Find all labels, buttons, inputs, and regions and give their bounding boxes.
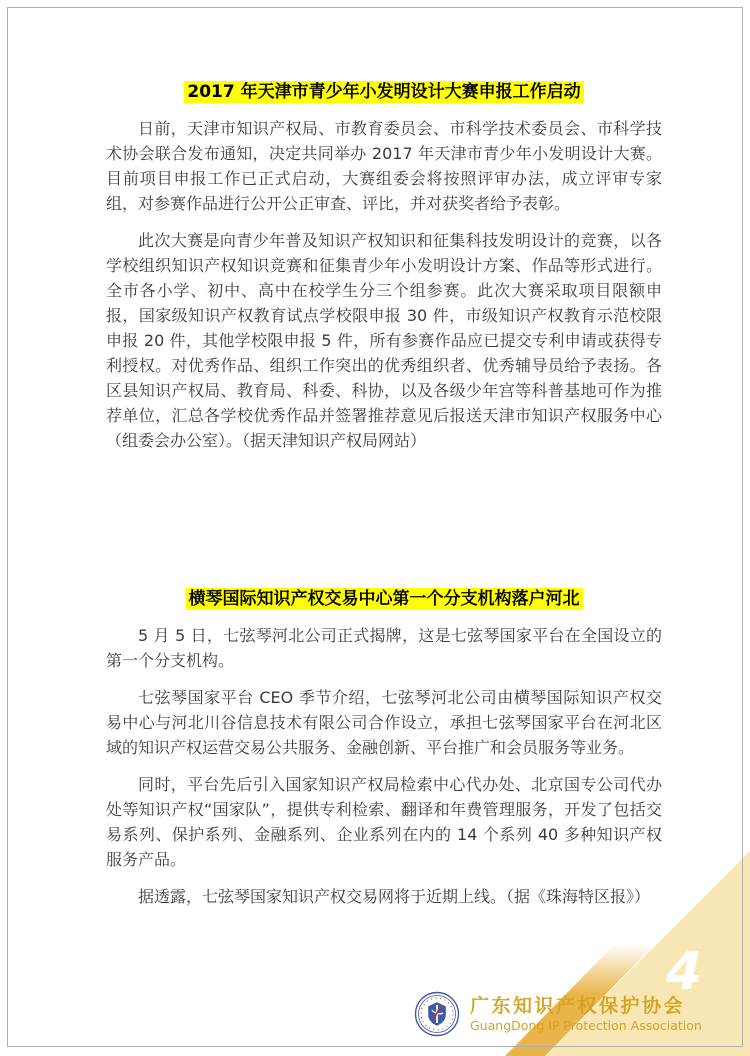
org-name-en: GuangDong IP Protection Association [470, 1018, 702, 1033]
article-title-highlight: 2017 年天津市青少年小发明设计大赛申报工作启动 [184, 81, 583, 103]
article-title: 横琴国际知识产权交易中心第一个分支机构落户河北 [106, 589, 662, 609]
article-title-highlight: 横琴国际知识产权交易中心第一个分支机构落户河北 [186, 588, 583, 610]
org-name-cn: 广东知识产权保护协会 [470, 995, 702, 1018]
article-paragraph: 日前，天津市知识产权局、市教育委员会、市科学技术委员会、市科学技术协会联合发布通… [106, 116, 662, 216]
article-paragraph: 同时，平台先后引入国家知识产权局检索中心代办处、北京国专公司代办处等知识产权“国… [106, 772, 662, 872]
article-paragraph: 七弦琴国家平台 CEO 季节介绍，七弦琴河北公司由横琴国际知识产权交易中心与河北… [106, 685, 662, 760]
article-hengqin-branch: 横琴国际知识产权交易中心第一个分支机构落户河北 5 月 5 日，七弦琴河北公司正… [106, 589, 662, 909]
article-tianjin-contest: 2017 年天津市青少年小发明设计大赛申报工作启动 日前，天津市知识产权局、市教… [106, 82, 662, 453]
page-content: 2017 年天津市青少年小发明设计大赛申报工作启动 日前，天津市知识产权局、市教… [0, 0, 750, 1056]
article-title: 2017 年天津市青少年小发明设计大赛申报工作启动 [106, 82, 662, 102]
footer: 广东知识产权保护协会 GuangDong IP Protection Assoc… [414, 991, 702, 1037]
association-emblem-icon [414, 991, 460, 1037]
document-page: 2017 年天津市青少年小发明设计大赛申报工作启动 日前，天津市知识产权局、市教… [0, 0, 750, 1056]
article-paragraph: 据透露，七弦琴国家知识产权交易网将于近期上线。（据《珠海特区报》） [106, 884, 662, 909]
org-name-block: 广东知识产权保护协会 GuangDong IP Protection Assoc… [470, 995, 702, 1033]
article-paragraph: 此次大赛是向青少年普及知识产权知识和征集科技发明设计的竞赛，以各学校组织知识产权… [106, 228, 662, 453]
article-paragraph: 5 月 5 日，七弦琴河北公司正式揭牌，这是七弦琴国家平台在全国设立的第一个分支… [106, 623, 662, 673]
